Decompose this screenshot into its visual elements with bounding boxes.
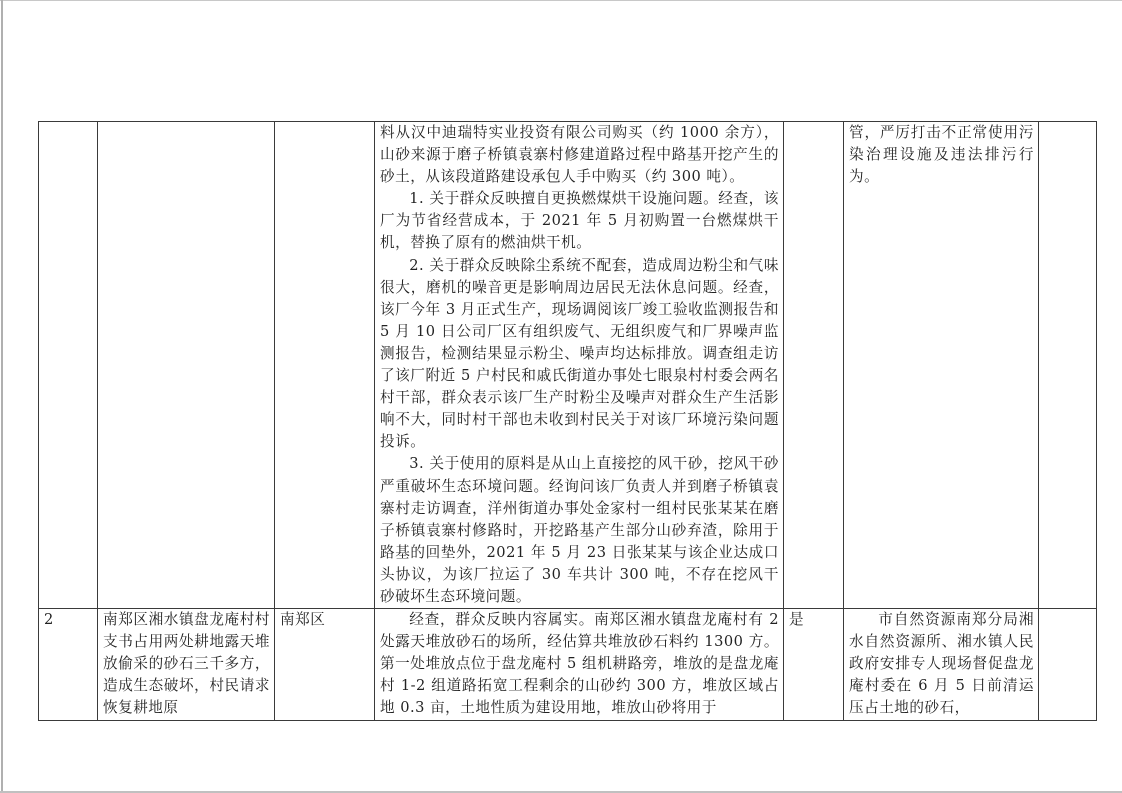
handling-cell: 管，严厉打击不正常使用污染治理设施及违法排污行为。 — [844, 122, 1039, 609]
page-edge-left — [1, 0, 3, 793]
complaint-table: 料从汉中迪瑞特实业投资有限公司购买（约 1000 余方），山砂来源于磨子桥镇袁寨… — [38, 121, 1097, 721]
investigation-cell: 料从汉中迪瑞特实业投资有限公司购买（约 1000 余方），山砂来源于磨子桥镇袁寨… — [375, 122, 784, 609]
verified-cell: 是 — [784, 609, 844, 720]
complaint-cell — [98, 122, 275, 609]
investigation-paragraph: 1. 关于群众反映擅自更换燃煤烘干设施问题。经查，该厂为节省经营成本，于 202… — [380, 188, 779, 254]
district-cell: 南郑区 — [275, 609, 375, 720]
investigation-paragraph: 3. 关于使用的原料是从山上直接挖的风干砂，挖风干砂严重破坏生态环境问题。经询问… — [380, 453, 779, 608]
investigation-paragraph: 2. 关于群众反映除尘系统不配套，造成周边粉尘和气味很大，磨机的噪音更是影响周边… — [380, 255, 779, 454]
remarks-cell — [1039, 609, 1097, 720]
handling-cell: 市自然资源南郑分局湘水自然资源所、湘水镇人民政府安排专人现场督促盘龙庵村委在 6… — [844, 609, 1039, 720]
row-index-cell: 2 — [39, 609, 98, 720]
remarks-cell — [1039, 122, 1097, 609]
verified-cell — [784, 122, 844, 609]
district-cell — [275, 122, 375, 609]
investigation-cell: 经查，群众反映内容属实。南郑区湘水镇盘龙庵村有 2 处露天堆放砂石的场所，经估算… — [375, 609, 784, 720]
investigation-paragraph: 料从汉中迪瑞特实业投资有限公司购买（约 1000 余方），山砂来源于磨子桥镇袁寨… — [380, 122, 779, 188]
row-index-cell — [39, 122, 98, 609]
investigation-paragraph: 经查，群众反映内容属实。南郑区湘水镇盘龙庵村有 2 处露天堆放砂石的场所，经估算… — [380, 609, 779, 719]
complaint-cell: 南郑区湘水镇盘龙庵村村支书占用两处耕地露天堆放偷采的砂石三千多方，造成生态破坏，… — [98, 609, 275, 720]
table-row: 2 南郑区湘水镇盘龙庵村村支书占用两处耕地露天堆放偷采的砂石三千多方，造成生态破… — [39, 609, 1097, 720]
complaint-text: 南郑区湘水镇盘龙庵村村支书占用两处耕地露天堆放偷采的砂石三千多方，造成生态破坏，… — [103, 609, 270, 719]
table-row: 料从汉中迪瑞特实业投资有限公司购买（约 1000 余方），山砂来源于磨子桥镇袁寨… — [39, 122, 1097, 609]
handling-paragraph: 市自然资源南郑分局湘水自然资源所、湘水镇人民政府安排专人现场督促盘龙庵村委在 6… — [849, 609, 1034, 719]
page-edge-top — [0, 0, 1122, 1]
handling-paragraph: 管，严厉打击不正常使用污染治理设施及违法排污行为。 — [849, 122, 1034, 188]
